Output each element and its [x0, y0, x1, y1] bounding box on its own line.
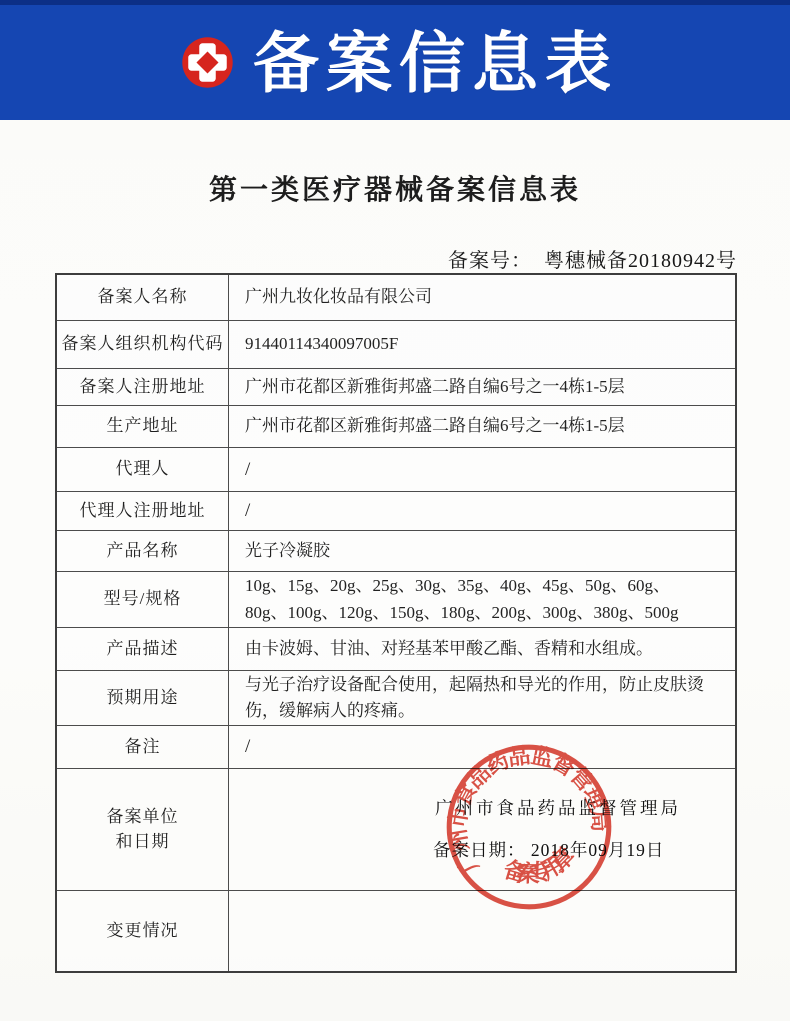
row-label: 备案人名称 [57, 275, 229, 320]
table-row: 预期用途 与光子治疗设备配合使用，起隔热和导光的作用，防止皮肤烫伤，缓解病人的疼… [57, 671, 735, 726]
row-label: 预期用途 [57, 671, 229, 725]
filing-number-label: 备案号： [448, 250, 532, 272]
row-value: / [229, 726, 735, 768]
table-row: 型号/规格 10g、15g、20g、25g、30g、35g、40g、45g、50… [57, 572, 735, 628]
row-label: 型号/规格 [57, 572, 229, 627]
table-row: 变更情况 [57, 891, 735, 971]
table-row: 产品描述 由卡波姆、甘油、对羟基苯甲酸乙酯、香精和水组成。 [57, 628, 735, 671]
row-label: 备案人注册地址 [57, 369, 229, 405]
row-label: 变更情况 [57, 891, 229, 971]
row-value: 广州市花都区新雅街邦盛二路自编6号之一4栋1-5层 [229, 406, 735, 447]
row-label: 生产地址 [57, 406, 229, 447]
table-row: 备注 / [57, 726, 735, 769]
row-value: 光子冷凝胶 [229, 531, 735, 571]
row-value: 91440114340097005F [229, 321, 735, 368]
row-value [229, 891, 735, 971]
table-row: 生产地址 广州市花都区新雅街邦盛二路自编6号之一4栋1-5层 [57, 406, 735, 448]
filing-number: 备案号：粤穗械备20180942号 [448, 244, 737, 273]
form-title: 第一类医疗器械备案信息表 [0, 168, 790, 208]
row-label: 备案人组织机构代码 [57, 321, 229, 368]
row-value: / [229, 492, 735, 530]
row-label: 备注 [57, 726, 229, 768]
row-label: 代理人 [57, 448, 229, 491]
table-row-filing-unit: 备案单位 和日期 广州市食品药品监督管理局 备案日期： 2018年09月19日 [57, 769, 735, 891]
filing-document-page: 备案信息表 第一类医疗器械备案信息表 备案号：粤穗械备20180942号 备案人… [0, 0, 790, 1021]
row-label: 备案单位 和日期 [57, 769, 229, 890]
filing-date: 备案日期： 2018年09月19日 [433, 837, 721, 864]
table-row: 产品名称 光子冷凝胶 [57, 531, 735, 572]
table-row: 代理人 / [57, 448, 735, 492]
row-value: 10g、15g、20g、25g、30g、35g、40g、45g、50g、60g、… [229, 572, 735, 627]
row-label: 产品描述 [57, 628, 229, 670]
row-value: 与光子治疗设备配合使用，起隔热和导光的作用，防止皮肤烫伤，缓解病人的疼痛。 [229, 671, 735, 725]
row-value: / [229, 448, 735, 491]
row-value: 广州市花都区新雅街邦盛二路自编6号之一4栋1-5层 [229, 369, 735, 405]
filing-number-value: 粤穗械备20180942号 [544, 250, 737, 272]
filing-unit-name: 广州市食品药品监督管理局 [435, 795, 721, 822]
table-row: 备案人名称 广州九妆化妆品有限公司 [57, 275, 735, 321]
filing-info-table: 备案人名称 广州九妆化妆品有限公司 备案人组织机构代码 914401143400… [55, 273, 737, 973]
row-value: 广州市食品药品监督管理局 备案日期： 2018年09月19日 [229, 769, 735, 890]
header-banner: 备案信息表 [0, 0, 790, 120]
row-value: 由卡波姆、甘油、对羟基苯甲酸乙酯、香精和水组成。 [229, 628, 735, 670]
table-row: 代理人注册地址 / [57, 492, 735, 531]
row-value: 广州九妆化妆品有限公司 [229, 275, 735, 320]
banner-title: 备案信息表 [253, 30, 618, 96]
row-label: 代理人注册地址 [57, 492, 229, 530]
row-label: 产品名称 [57, 531, 229, 571]
table-row: 备案人组织机构代码 91440114340097005F [57, 321, 735, 369]
medical-cross-icon [180, 35, 235, 90]
table-row: 备案人注册地址 广州市花都区新雅街邦盛二路自编6号之一4栋1-5层 [57, 369, 735, 406]
